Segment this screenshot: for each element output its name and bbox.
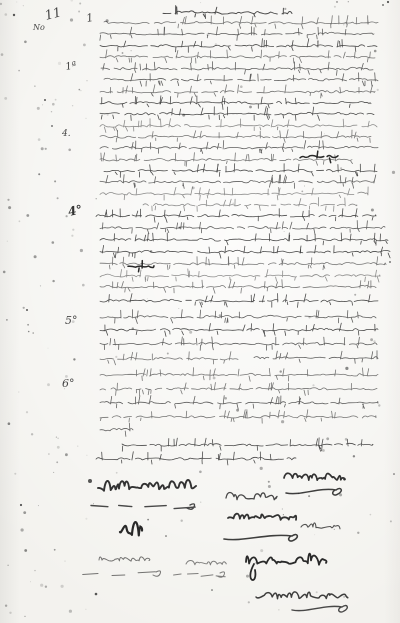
speckle [232,203,234,205]
speckle [56,461,58,463]
speckle [246,575,249,578]
speckle [200,502,201,503]
speckle [343,596,344,597]
margin-mark: No [32,23,45,32]
speckle [64,560,66,562]
margin-mark: 4. [61,129,71,139]
handwritten-line [100,39,377,53]
speckle [53,472,54,473]
speckle [80,249,83,252]
handwritten-heading [163,6,292,19]
handwritten-line [143,198,357,212]
speckle [34,255,37,258]
speckle [116,472,118,474]
speckle [200,2,201,3]
speckle [260,549,263,552]
speckle [52,280,54,282]
speckle [348,1,349,2]
speckle [37,107,40,110]
speckle [83,44,86,47]
speckle [55,99,57,101]
speckle [147,519,149,521]
signature-8 [186,560,226,564]
speckle [48,453,50,455]
speckle [34,86,35,87]
ink-layer: 11 No 1 1ª 4. 4° 5° 6° [0,0,400,623]
signature-3 [284,473,345,480]
speckle [71,235,73,237]
speckle [322,449,325,452]
speckle [26,214,29,217]
speckle [278,609,279,610]
speckle [30,581,31,582]
speckle [268,485,271,488]
speckle [268,481,270,483]
handwritten-line [100,368,378,382]
handwritten-line [100,383,377,396]
speckle [378,404,380,406]
speckle [38,505,39,506]
handwritten-line [100,423,133,436]
speckle [281,420,284,423]
speckle [224,397,227,400]
handwritten-line [100,233,388,245]
margin-mark: 11 [43,5,63,24]
speckle [6,319,8,321]
speckle [316,591,318,593]
speckle [56,437,57,438]
speckle [0,3,2,5]
speckle [26,411,28,413]
signature-9 [246,554,326,580]
ink-blot [51,125,53,127]
speckle [213,377,216,380]
speckle [147,298,148,299]
speckle [24,616,25,617]
speckle [4,97,7,100]
handwritten-line [100,396,378,410]
speckle [282,509,283,510]
handwritten-line [100,27,374,41]
speckle [374,50,377,53]
signature-2 [226,493,277,500]
ink-blot [13,14,15,16]
speckle [236,409,239,412]
rubric-flourish-5 [292,606,347,613]
speckle [115,356,117,358]
speckle [23,5,24,6]
rubric-flourish-3 [83,571,161,576]
speckle [390,520,392,522]
speckle [54,180,56,182]
speckle [79,3,81,5]
speckle [280,370,282,372]
speckle [96,198,97,199]
handwritten-line [100,107,374,121]
handwritten-line [100,410,376,424]
speckle [345,367,348,370]
speckle [82,284,85,287]
speckle [301,191,303,193]
rubric-flourish-4 [174,572,226,577]
rubric-flourish-1 [91,504,195,509]
speckle [189,331,192,334]
handwritten-line [100,187,368,201]
speckle [86,80,87,81]
handwritten-line [100,153,353,167]
speckle [41,147,44,150]
speckle [5,605,7,607]
ink-blot [44,99,46,101]
speckle [334,6,336,8]
speckle [9,612,11,614]
speckle [304,186,305,187]
signature-6 [120,522,142,535]
speckle [357,532,359,534]
handwritten-line [100,119,377,133]
speckle [31,433,33,435]
speckle [57,197,59,199]
speckle [178,308,179,309]
speckle [28,331,30,333]
speckle [7,565,8,566]
speckle [72,229,74,231]
speckle [377,89,379,91]
speckle [79,89,81,91]
ink-blot [382,4,384,6]
handwritten-line [100,310,376,324]
speckle [5,13,8,16]
ink-blot [95,593,98,596]
speckle [32,332,34,334]
speckle [219,314,222,317]
speckle [334,529,335,530]
speckle [8,206,11,209]
handwritten-line [100,130,371,143]
speckle [57,446,60,449]
handwritten-line [104,164,377,178]
signature-1 [98,480,196,491]
speckle [40,285,41,286]
speckle [284,231,285,232]
speckle [42,104,43,105]
speckle [24,549,27,552]
speckle [69,610,72,613]
handwritten-line [96,452,296,465]
handwritten-line [100,85,375,98]
margin-mark: 4° [67,202,84,219]
handwritten-line [100,280,376,294]
speckle [326,437,329,440]
handwritten-line [100,323,378,336]
speckle [370,338,373,341]
ink-blot [211,589,213,591]
speckle [86,455,87,456]
speckle [248,601,250,603]
speckle [340,167,342,169]
speckle [45,586,47,588]
speckle [371,209,374,212]
ink-blot [20,504,22,506]
speckle [73,358,75,360]
speckle [1,53,4,56]
rubric-flourish-6 [286,489,341,496]
speckle [61,585,64,588]
speckle [8,422,11,425]
speckle [249,106,252,109]
speckle [45,148,47,150]
signature-7 [99,557,150,561]
manuscript-page: 11 No 1 1ª 4. 4° 5° 6° [0,0,400,623]
speckle [40,584,43,587]
signature-10 [256,592,348,599]
speckle [314,534,315,535]
speckle [38,173,40,175]
speckle [80,90,81,91]
speckle [283,514,284,515]
speckle [58,62,61,65]
speckle [93,503,94,504]
ink-blot [336,1,337,2]
speckle [71,0,74,2]
speckle [52,103,55,106]
speckle [240,85,243,88]
speckle [51,111,52,112]
speckle [131,50,132,51]
speckle [57,438,59,440]
speckle [354,294,356,296]
body-text-lines [96,16,390,466]
handwritten-line [101,62,373,76]
signature-5 [301,523,340,529]
bold-strokes [128,151,338,272]
speckle [23,511,26,514]
speckle [72,105,73,106]
speckle [85,118,86,119]
speckle [324,134,325,135]
handwritten-line [100,175,376,189]
speckle [260,467,263,470]
speckle [353,455,355,457]
speckle [392,171,395,174]
ink-blot [26,309,28,311]
speckle [77,446,78,447]
handwritten-line [254,351,378,364]
handwritten-line [100,337,377,351]
margin-mark: 5° [65,314,78,327]
speckle [54,549,56,551]
ink-blot [387,1,389,3]
speckle [343,24,344,25]
speckle [34,570,35,571]
speckle [65,453,68,456]
speckle [284,8,286,10]
handwritten-line [100,221,385,235]
speckle [181,520,183,522]
speckle [78,11,80,13]
speckle [122,52,124,54]
speckle [18,391,20,393]
speckle [18,70,20,72]
ink-blot [165,535,167,537]
ink-blot [88,479,92,483]
speckle [21,528,24,531]
speckle [27,324,29,326]
margin-mark: 1 [85,11,94,25]
speckle [52,241,55,244]
speckle [85,609,86,610]
speckle [68,149,71,152]
speckle [373,340,375,342]
speckle [7,241,8,242]
speckle [70,18,73,21]
handwritten-line [100,96,371,110]
handwritten-line [100,50,375,63]
speckle [19,220,21,222]
handwritten-line [100,352,238,365]
speckle [85,518,87,520]
speckle [23,307,25,309]
speckle [167,353,169,355]
speckle [312,384,314,386]
speckle [3,271,6,274]
speckle [66,215,68,217]
rubric-flourish-2 [224,535,297,542]
ink-blot [389,261,391,263]
speckle [16,1,17,2]
ink-blot [393,473,395,475]
heading-line [163,6,292,19]
handwritten-line [100,141,378,154]
margin-marks: 11 No 1 1ª 4. 4° 5° 6° [32,5,94,390]
speckle [38,138,41,141]
margin-mark: 6° [62,377,75,390]
speckle [14,473,16,475]
speckle [199,471,202,474]
handwritten-line [122,438,373,451]
speckle [308,495,310,497]
speckle [7,199,9,201]
handwritten-line [100,245,390,258]
speckle [24,41,27,44]
speckle [370,514,372,516]
speckle [48,348,49,349]
handwritten-line [100,269,380,282]
speckle [47,383,50,386]
margin-mark: 1ª [65,60,78,73]
bold-word-stroke [300,151,338,163]
speckle [255,562,256,563]
signature-4 [228,514,296,520]
handwritten-line [100,294,378,308]
